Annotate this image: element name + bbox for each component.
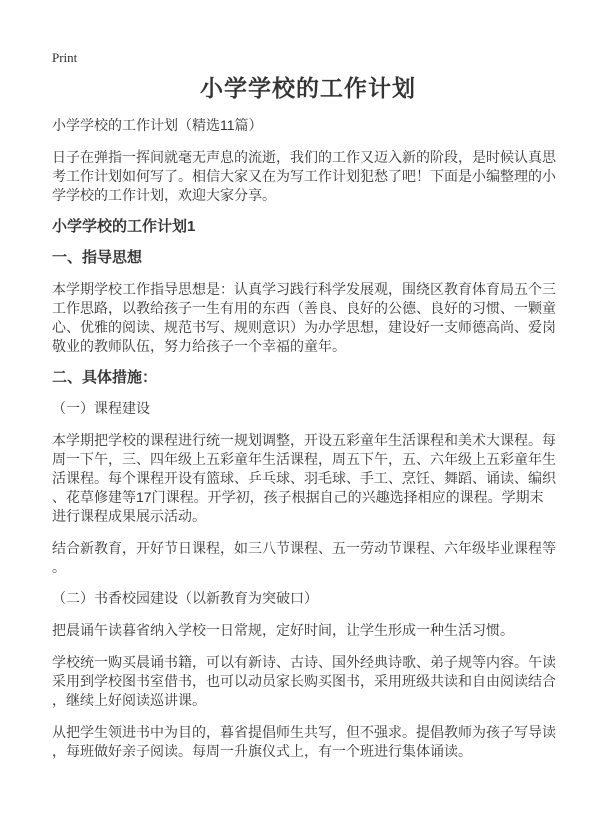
section-heading-plan-1: 小学学校的工作计划1 bbox=[52, 217, 556, 236]
intro-paragraph: 日子在弹指一挥间就毫无声息的流逝，我们的工作又迈入新的阶段，是时候认真思考工作计… bbox=[52, 148, 556, 205]
paragraph-reading-goal: 从把学生领进书中为目的，暮省提倡师生共写，但不强求。提倡教师为孩子写导读，每班做… bbox=[52, 723, 556, 761]
paragraph-daily-routine: 把晨诵午读暮省纳入学校一日常规，定好时间，让学生形成一种生活习惯。 bbox=[52, 621, 556, 640]
paragraph-reading-books: 学校统一购买晨诵书籍，可以有新诗、古诗、国外经典诗歌、弟子规等内容。午读采用到学… bbox=[52, 653, 556, 710]
print-button[interactable]: Print bbox=[52, 50, 556, 65]
document-page: Print 小学学校的工作计划 小学学校的工作计划（精选11篇） 日子在弹指一挥… bbox=[0, 0, 600, 828]
paragraph-guiding-ideology: 本学期学校工作指导思想是：认真学习践行科学发展观，围绕区教育体育局五个三工作思路… bbox=[52, 280, 556, 356]
subheading-scholarly-campus: （二）书香校园建设（以新教育为突破口） bbox=[52, 589, 556, 608]
section-heading-guiding-ideology: 一、指导思想 bbox=[52, 248, 556, 267]
section-heading-specific-measures: 二、具体措施： bbox=[52, 368, 556, 387]
paragraph-festival-courses: 结合新教育，开好节日课程，如三八节课程、五一劳动节课程、六年级毕业课程等。 bbox=[52, 539, 556, 577]
paragraph-curriculum-plan: 本学期把学校的课程进行统一规划调整，开设五彩童年生活课程和美术大课程。每周一下午… bbox=[52, 431, 556, 526]
subheading-curriculum-construction: （一）课程建设 bbox=[52, 399, 556, 418]
document-subtitle: 小学学校的工作计划（精选11篇） bbox=[52, 116, 556, 135]
document-title: 小学学校的工作计划 bbox=[8, 76, 600, 100]
